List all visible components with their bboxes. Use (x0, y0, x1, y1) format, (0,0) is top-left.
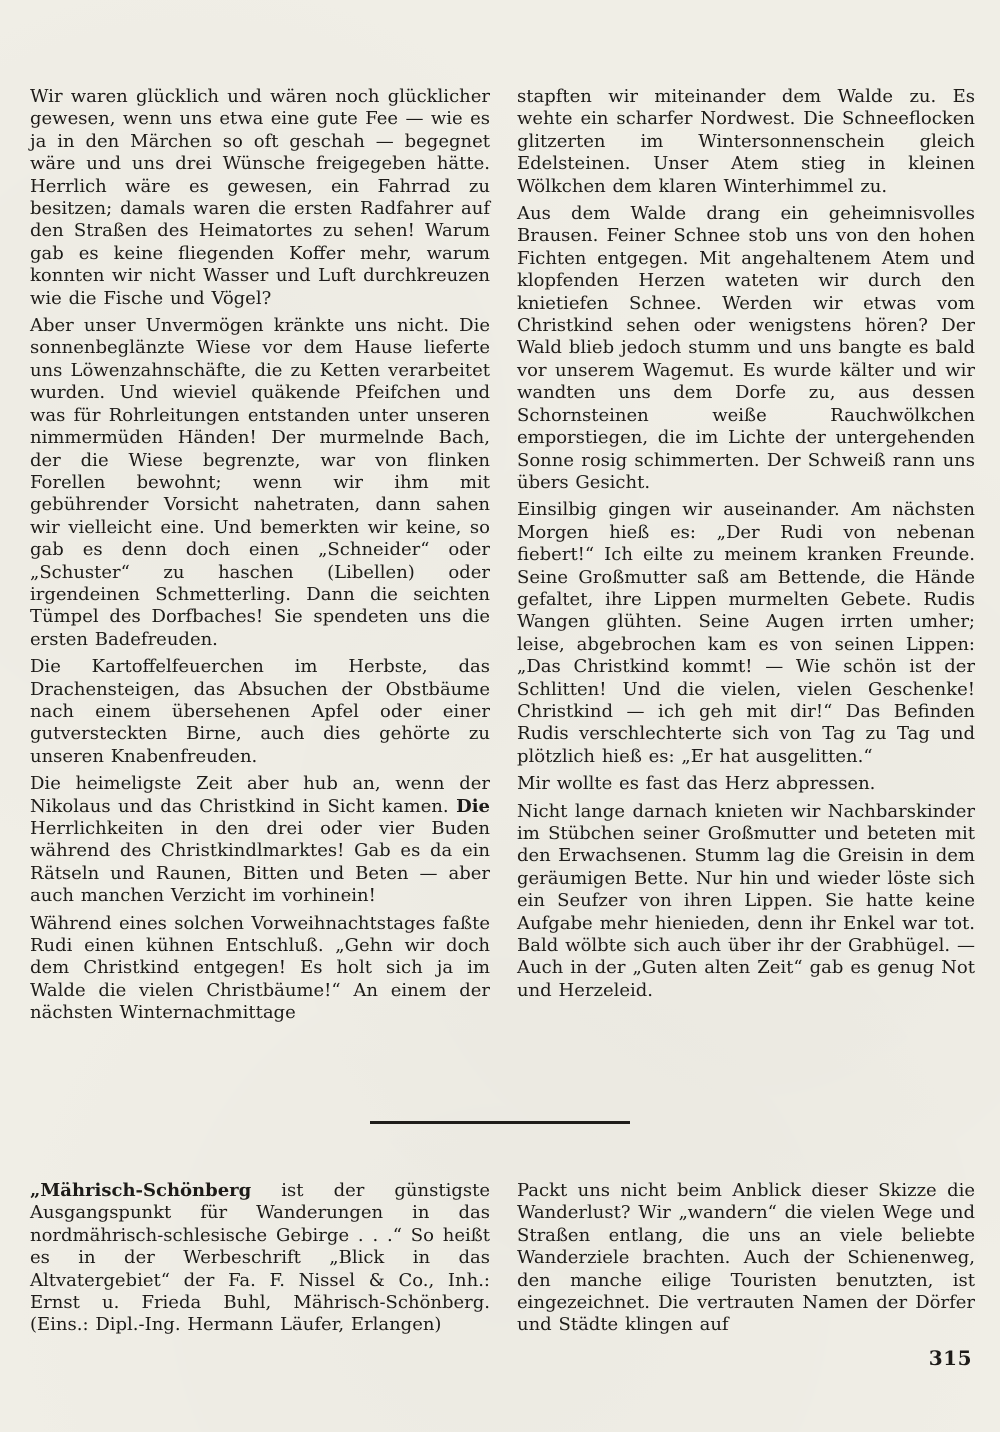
story-right-column: stapften wir miteinander dem Walde zu. E… (517, 86, 975, 1002)
page-number: 315 (929, 1346, 972, 1370)
footer-note-paragraph: „Mährisch-Schönberg ist der günstigste A… (30, 1180, 490, 1337)
story-paragraph: Wir waren glücklich und wären noch glück… (30, 86, 490, 310)
story-paragraph: Während eines solchen Vorweihnachtstages… (30, 913, 490, 1025)
story-paragraph: Die heimeligste Zeit aber hub an, wenn d… (30, 773, 490, 907)
footer-note-right-column: Packt uns nicht beim Anblick dieser Skiz… (517, 1180, 975, 1337)
paragraph-text: Herrlichkeiten in den drei oder vier Bud… (30, 818, 490, 906)
story-paragraph: Aus dem Walde drang ein geheimnisvolles … (517, 203, 975, 494)
story-paragraph: Mir wollte es fast das Herz abpressen. (517, 773, 975, 795)
footer-note-left-column: „Mährisch-Schönberg ist der günstigste A… (30, 1180, 490, 1337)
story-paragraph: Die Kartoffelfeuerchen im Herbste, das D… (30, 656, 490, 768)
story-paragraph: Nicht lange darnach knieten wir Nachbars… (517, 801, 975, 1003)
footer-note-paragraph: Packt uns nicht beim Anblick dieser Skiz… (517, 1180, 975, 1337)
story-left-column: Wir waren glücklich und wären noch glück… (30, 86, 490, 1025)
story-paragraph: Aber unser Unvermögen kränkte uns nicht.… (30, 315, 490, 651)
bold-lead: „Mährisch-Schönberg (30, 1180, 251, 1201)
story-paragraph: Einsilbig gingen wir auseinander. Am näc… (517, 499, 975, 768)
section-divider (370, 1121, 630, 1124)
paragraph-text: ist der günstigste Ausgangspunkt für Wan… (30, 1180, 490, 1335)
story-paragraph: stapften wir miteinander dem Walde zu. E… (517, 86, 975, 198)
scanned-book-page: Wir waren glücklich und wären noch glück… (0, 0, 1000, 1432)
bold-word: Die (456, 796, 490, 817)
paragraph-text: Die heimeligste Zeit aber hub an, wenn d… (30, 773, 490, 816)
